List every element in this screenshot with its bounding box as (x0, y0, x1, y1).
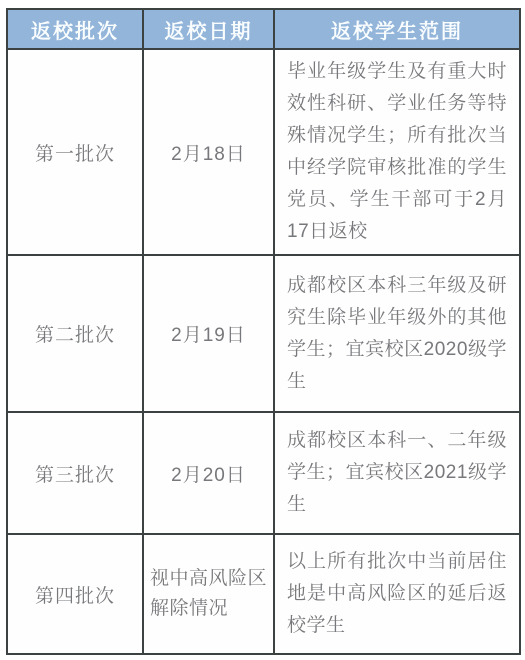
table-body: 第一批次 2月18日 毕业年级学生及有重大时效性科研、学业任务等特殊情况学生；所… (7, 49, 520, 654)
table-row-batch-2: 第二批次 2月19日 成都校区本科三年级及研究生除毕业年级外的其他学生；宜宾校区… (7, 255, 520, 412)
date-cell: 2月18日 (143, 49, 274, 255)
header-scope: 返校学生范围 (274, 9, 520, 49)
table-row-batch-4: 第四批次 视中高风险区解除情况 以上所有批次中当前居住地是中高风险区的延后返校学… (7, 534, 520, 654)
table-row-batch-3: 第三批次 2月20日 成都校区本科一、二年级学生；宜宾校区2021级学生 (7, 412, 520, 534)
batch-cell: 第一批次 (7, 49, 143, 255)
return-schedule-table: 返校批次 返校日期 返校学生范围 第一批次 2月18日 毕业年级学生及有重大时效… (6, 8, 521, 655)
header-batch: 返校批次 (7, 9, 143, 49)
date-cell: 2月20日 (143, 412, 274, 534)
scope-cell: 毕业年级学生及有重大时效性科研、学业任务等特殊情况学生；所有批次当中经学院审核批… (274, 49, 520, 255)
batch-cell: 第四批次 (7, 534, 143, 654)
scope-cell: 成都校区本科三年级及研究生除毕业年级外的其他学生；宜宾校区2020级学生 (274, 255, 520, 412)
header-row: 返校批次 返校日期 返校学生范围 (7, 9, 520, 49)
batch-cell: 第二批次 (7, 255, 143, 412)
date-cell: 视中高风险区解除情况 (143, 534, 274, 654)
table-row-batch-1: 第一批次 2月18日 毕业年级学生及有重大时效性科研、学业任务等特殊情况学生；所… (7, 49, 520, 255)
scope-cell: 成都校区本科一、二年级学生；宜宾校区2021级学生 (274, 412, 520, 534)
table-container: 返校批次 返校日期 返校学生范围 第一批次 2月18日 毕业年级学生及有重大时效… (0, 0, 525, 660)
table-header: 返校批次 返校日期 返校学生范围 (7, 9, 520, 49)
batch-cell: 第三批次 (7, 412, 143, 534)
header-date: 返校日期 (143, 9, 274, 49)
scope-cell: 以上所有批次中当前居住地是中高风险区的延后返校学生 (274, 534, 520, 654)
date-cell: 2月19日 (143, 255, 274, 412)
